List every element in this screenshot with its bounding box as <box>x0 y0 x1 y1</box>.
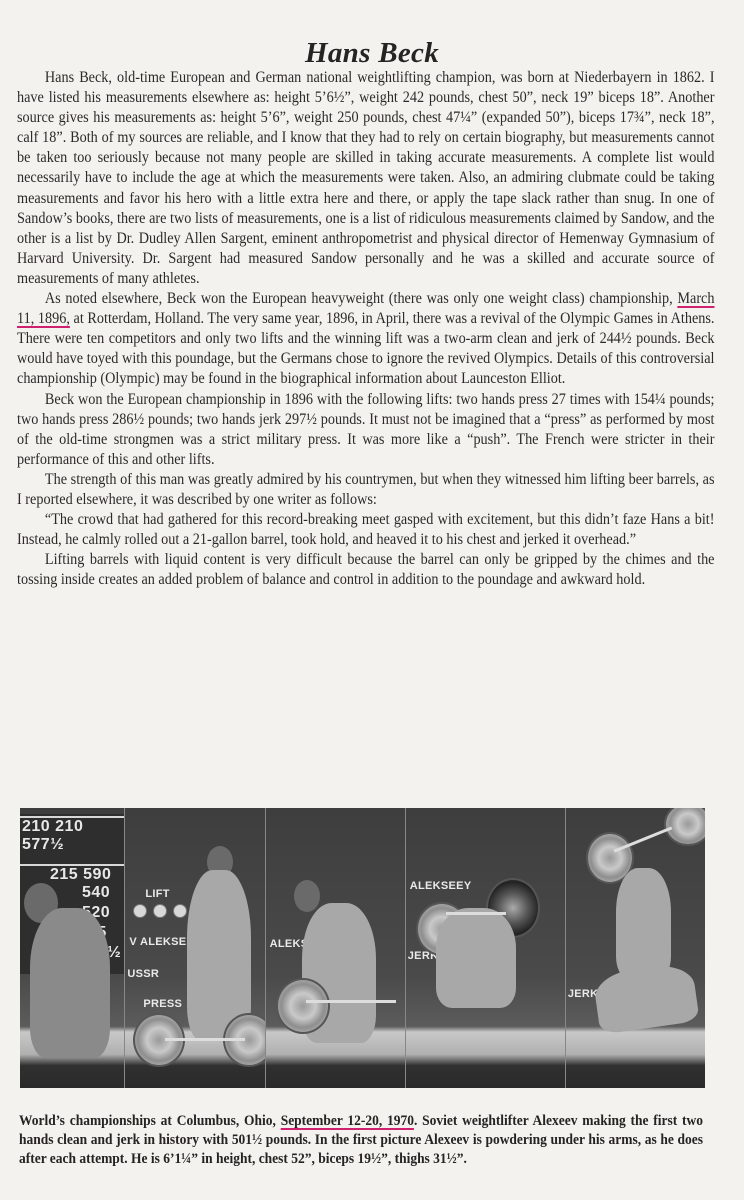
lifter-head <box>294 880 320 912</box>
barbell-bar <box>165 1038 245 1041</box>
barbell-plate <box>276 978 330 1034</box>
paragraph-barrel-difficulty: Lifting barrels with liquid content is v… <box>17 550 715 590</box>
photo-caption: World’s championships at Columbus, Ohio,… <box>19 1112 703 1170</box>
judge-light <box>173 904 187 918</box>
article-body: Hans Beck, old-time European and German … <box>17 68 715 590</box>
photo-sequence: 210 210 577½ 215 590 540 520 55 7½ LIFT … <box>20 808 705 1088</box>
judge-light <box>133 904 147 918</box>
photo-panel-powdering: 210 210 577½ 215 590 540 520 55 7½ <box>20 808 125 1088</box>
barbell-bar <box>306 1000 396 1003</box>
paragraph-quote: “The crowd that had gathered for this re… <box>17 510 715 550</box>
page-title: Hans Beck <box>0 37 744 70</box>
judge-light <box>153 904 167 918</box>
lifter-figure <box>30 908 110 1058</box>
lifter-figure <box>616 868 671 978</box>
paragraph-beer-barrels: The strength of this man was greatly adm… <box>17 470 715 510</box>
paragraph-lifts: Beck won the European championship in 18… <box>17 390 715 470</box>
lifter-legs <box>592 961 699 1034</box>
lifter-figure <box>436 908 516 1008</box>
paragraph-european-championship: As noted elsewhere, Beck won the Europea… <box>17 289 715 389</box>
paragraph-intro: Hans Beck, old-time European and German … <box>17 68 715 289</box>
highlighted-caption-date: September 12-20, 1970 <box>281 1113 414 1129</box>
photo-panel-start: LIFT V ALEKSEEY USSR PRESS <box>125 808 265 1088</box>
photo-panel-jerk: JERK ALEXEEV 22 <box>566 808 705 1088</box>
barbell-bar <box>446 912 506 915</box>
photo-panel-pull: ALEKSEEY <box>266 808 406 1088</box>
photo-panel-clean: ALEKSEEY JERK <box>406 808 566 1088</box>
